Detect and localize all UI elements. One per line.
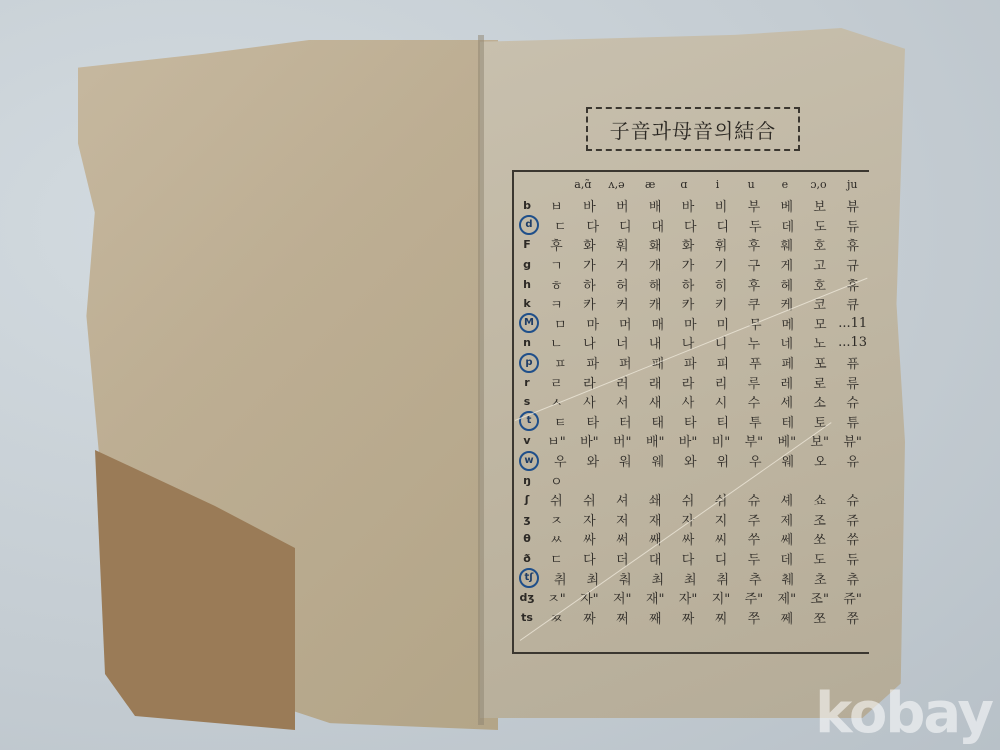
syllable-cell: 싸 (573, 529, 606, 548)
syllable-cell: 버 (606, 196, 639, 215)
syllable-cell: ...11 (837, 316, 870, 331)
syllable-cell: 제" (770, 588, 803, 607)
vowel-header: e (768, 178, 802, 191)
syllable-cell: ...13 (836, 335, 869, 350)
vowel-header: ɔ,o (802, 178, 836, 191)
syllable-cell: 바" (672, 431, 705, 450)
chart-row: w우와워웨와위우웨오유 (514, 451, 869, 471)
syllable-cell: 디 (705, 549, 738, 568)
syllable-cell: 추 (739, 569, 772, 588)
chart-row: tㅌ타터태타티투테토튜 (514, 412, 869, 432)
vowel-header: i (701, 178, 735, 191)
syllable-cell: 두 (737, 549, 770, 568)
consonant-label: ʒ (514, 513, 540, 526)
syllable-cell: 타 (674, 412, 707, 431)
syllable-cell: 기 (705, 255, 738, 274)
syllable-cell: 쉬 (573, 490, 606, 509)
syllable-cell: 츄 (837, 569, 870, 588)
syllable-cell: 류 (836, 373, 869, 392)
syllable-cell: ㅎ (540, 275, 573, 294)
syllable-cell: 쥬 (836, 510, 869, 529)
syllable-cell: 터 (609, 412, 642, 431)
syllable-cell: 히 (705, 275, 738, 294)
syllable-cell: 쮸 (836, 608, 869, 627)
consonant-label: ð (514, 552, 540, 565)
syllable-cell: 찌 (705, 608, 738, 627)
syllable-cell: 와 (577, 451, 610, 470)
consonant-label: g (514, 258, 540, 271)
syllable-cell: 화 (672, 235, 705, 254)
syllable-cell: 서 (606, 392, 639, 411)
syllable-cell: 커 (606, 294, 639, 313)
syllable-cell: 웨 (642, 451, 675, 470)
syllable-cell: 더 (606, 549, 639, 568)
syllable-cell: 디 (707, 216, 740, 235)
syllable-cell: 버" (606, 431, 639, 450)
syllable-cell: 캐 (639, 294, 672, 313)
syllable-cell: 최 (674, 569, 707, 588)
syllable-cell: 쉬 (672, 490, 705, 509)
syllable-cell: 타 (577, 412, 610, 431)
syllable-cell: 디 (609, 216, 642, 235)
syllable-cell: 화 (573, 235, 606, 254)
syllable-cell: 마 (577, 314, 610, 333)
syllable-cell: 뷰 (836, 196, 869, 215)
syllable-cell: 도 (803, 549, 836, 568)
chart-row: vㅂ"바"버"배"바"비"부"베"보"뷰" (514, 431, 869, 451)
syllable-cell: 구 (737, 255, 770, 274)
syllable-cell: 세 (770, 392, 803, 411)
syllable-cell: 슈 (737, 490, 770, 509)
syllable-cell: 파 (674, 353, 707, 372)
consonant-label: ts (514, 611, 540, 624)
syllable-cell: 위 (707, 451, 740, 470)
book-spine (478, 35, 484, 725)
syllable-cell: 너 (606, 333, 639, 352)
syllable-cell: 오 (804, 451, 837, 470)
syllable-cell: 쇼 (803, 490, 836, 509)
chart-row: ʃ쉬쉬셔쇄쉬쉬슈셰쇼슈 (514, 490, 869, 510)
syllable-cell: 파 (577, 353, 610, 372)
syllable-cell: 게 (770, 255, 803, 274)
syllable-cell: 쪼 (803, 608, 836, 627)
syllable-cell: 바 (672, 196, 705, 215)
chart-rows: bㅂ바버배바비부베보뷰dㄷ다디대다디두데도듀F후화훠홰화휘후훼호휴gㄱ가거개가기… (514, 196, 869, 627)
syllable-cell: 수 (737, 392, 770, 411)
syllable-cell: 거 (606, 255, 639, 274)
syllable-cell: 새 (639, 392, 672, 411)
chart-row: ŋㅇ (514, 470, 869, 490)
syllable-cell: 머 (609, 314, 642, 333)
syllable-cell: 노 (803, 333, 836, 352)
syllable-cell: 미 (707, 314, 740, 333)
syllable-cell: 배" (639, 431, 672, 450)
syllable-cell: 하 (672, 275, 705, 294)
syllable-cell: 소 (803, 392, 836, 411)
syllable-cell: 싸 (672, 529, 705, 548)
syllable-cell: ㄷ (544, 216, 577, 235)
chart-row: dㄷ다디대다디두데도듀 (514, 216, 869, 236)
syllable-cell: 휘 (705, 235, 738, 254)
syllable-cell: 후 (737, 275, 770, 294)
consonant-label: ʃ (514, 493, 540, 506)
syllable-cell: 네 (770, 333, 803, 352)
syllable-cell: 키 (705, 294, 738, 313)
syllable-cell: ㅉ (540, 608, 573, 627)
syllable-cell: 짜 (573, 608, 606, 627)
chart-row: dʒㅈ"자"저"재"자"지"주"제"조"쥬" (514, 588, 869, 608)
syllable-cell: 사 (672, 392, 705, 411)
syllable-cell: 슈 (836, 490, 869, 509)
syllable-cell: 페 (772, 353, 805, 372)
syllable-cell: 제 (770, 510, 803, 529)
syllable-cell: 허 (606, 275, 639, 294)
syllable-cell: 쓔 (836, 529, 869, 548)
syllable-cell: 보" (803, 431, 836, 450)
syllable-cell: 우 (544, 451, 577, 470)
consonant-label: n (514, 336, 540, 349)
syllable-cell: 리 (705, 373, 738, 392)
consonant-label: v (514, 434, 540, 447)
syllable-cell: 자" (672, 588, 705, 607)
syllable-cell: 와 (674, 451, 707, 470)
syllable-cell: 바 (573, 196, 606, 215)
syllable-cell: 티 (707, 412, 740, 431)
syllable-cell: 가 (672, 255, 705, 274)
syllable-cell: 개 (639, 255, 672, 274)
syllable-cell: 저" (606, 588, 639, 607)
syllable-cell: 최 (642, 569, 675, 588)
syllable-cell: 두 (739, 216, 772, 235)
syllable-cell: 테 (772, 412, 805, 431)
syllable-cell: 보 (803, 196, 836, 215)
syllable-cell: 로 (803, 373, 836, 392)
syllable-cell: 짜 (672, 608, 705, 627)
syllable-cell: 홰 (639, 235, 672, 254)
syllable-cell: ㅂ (540, 196, 573, 215)
syllable-cell: 써 (606, 529, 639, 548)
syllable-cell: 조" (803, 588, 836, 607)
consonant-label: b (514, 199, 540, 212)
syllable-cell: 큐 (836, 294, 869, 313)
syllable-cell: 저 (606, 510, 639, 529)
syllable-cell: ㅌ (544, 412, 577, 431)
syllable-cell: 셔 (606, 490, 639, 509)
syllable-cell: 대 (642, 216, 675, 235)
syllable-cell: 비 (705, 196, 738, 215)
syllable-cell: 나 (573, 333, 606, 352)
syllable-cell: 유 (837, 451, 870, 470)
syllable-cell: 휴 (836, 235, 869, 254)
syllable-cell: 누 (737, 333, 770, 352)
consonant-label: F (514, 238, 540, 251)
chart-row: θㅆ싸써쌔싸씨쑤쎄쏘쓔 (514, 529, 869, 549)
syllable-cell: 쉬 (540, 490, 573, 509)
syllable-cell: 부" (737, 431, 770, 450)
syllable-cell: 훼 (770, 235, 803, 254)
chart-row: sㅅ사서새사시수세소슈 (514, 392, 869, 412)
vowel-header: u (734, 178, 768, 191)
syllable-cell: 태 (642, 412, 675, 431)
syllable-cell: 다 (573, 549, 606, 568)
syllable-cell: 퍼 (609, 353, 642, 372)
syllable-cell: 데 (770, 549, 803, 568)
syllable-cell: ㄷ (540, 549, 573, 568)
syllable-cell: ㄹ (540, 373, 573, 392)
vowel-header: ɑ (667, 178, 701, 191)
syllable-cell: 쭈 (737, 608, 770, 627)
syllable-cell: 해 (639, 275, 672, 294)
syllable-cell: 투 (739, 412, 772, 431)
syllable-cell: 마 (674, 314, 707, 333)
chart-row: tsㅉ짜쩌째짜찌쭈쩨쪼쮸 (514, 607, 869, 627)
vowel-header: a,ɑ̃ (566, 178, 600, 191)
syllable-cell: 지" (705, 588, 738, 607)
syllable-cell: 쑤 (737, 529, 770, 548)
syllable-cell: 주" (737, 588, 770, 607)
syllable-cell: 데 (772, 216, 805, 235)
syllable-cell: 쿠 (737, 294, 770, 313)
watermark-logo: kobay (815, 681, 992, 746)
page-title: 子音과母音의結合 (586, 107, 800, 151)
syllable-cell: 모 (804, 314, 837, 333)
chart-row: kㅋ카커캐카키쿠케코큐 (514, 294, 869, 314)
chart-row: gㄱ가거개가기구게고규 (514, 255, 869, 275)
syllable-cell: 자 (573, 510, 606, 529)
syllable-cell: ㅇ (540, 471, 573, 490)
syllable-cell: 시 (705, 392, 738, 411)
syllable-cell: ㄱ (540, 255, 573, 274)
consonant-label: θ (514, 532, 540, 545)
consonant-label: M (519, 313, 539, 333)
consonant-label: tʃ (519, 568, 539, 588)
syllable-cell: 쩌 (606, 608, 639, 627)
chart-row: bㅂ바버배바비부베보뷰 (514, 196, 869, 216)
syllable-cell: 루 (737, 373, 770, 392)
syllable-cell: 가 (573, 255, 606, 274)
consonant-label: r (514, 376, 540, 389)
syllable-cell: 고 (803, 255, 836, 274)
syllable-cell: 쇄 (639, 490, 672, 509)
chart-row: pㅍ파퍼패파피푸페포퓨 (514, 353, 869, 373)
syllable-cell: 래 (639, 373, 672, 392)
syllable-cell: 최 (577, 569, 610, 588)
syllable-cell: 바" (573, 431, 606, 450)
syllable-cell: 비" (705, 431, 738, 450)
syllable-cell: 초 (804, 569, 837, 588)
syllable-cell: 씨 (705, 529, 738, 548)
syllable-cell: 도 (804, 216, 837, 235)
chart-row: Mㅁ마머매마미무메모...11 (514, 314, 869, 334)
syllable-cell: ㅂ" (540, 431, 573, 450)
consonant-label: h (514, 278, 540, 291)
syllable-cell: 췌 (772, 569, 805, 588)
vowel-header: ʌ,ə (600, 178, 634, 191)
vowel-header: ju (835, 178, 869, 191)
syllable-cell: ㅆ (540, 529, 573, 548)
consonant-label: k (514, 297, 540, 310)
syllable-cell: 쏘 (803, 529, 836, 548)
consonant-label: d (519, 215, 539, 235)
syllable-cell: 듀 (836, 549, 869, 568)
syllable-cell: 셰 (770, 490, 803, 509)
syllable-cell: 듀 (837, 216, 870, 235)
syllable-cell: 베" (770, 431, 803, 450)
syllable-cell: 부 (737, 196, 770, 215)
syllable-cell: 조 (803, 510, 836, 529)
syllable-cell: ㅁ (544, 314, 577, 333)
syllable-cell: 하 (573, 275, 606, 294)
chart-row: rㄹ라러래라리루레로류 (514, 372, 869, 392)
syllable-cell: 포 (804, 353, 837, 372)
syllable-cell: 카 (672, 294, 705, 313)
syllable-cell: 다 (672, 549, 705, 568)
syllable-cell: 카 (573, 294, 606, 313)
syllable-cell: 튜 (837, 412, 870, 431)
syllable-cell: 푸 (739, 353, 772, 372)
consonant-label: s (514, 395, 540, 408)
syllable-cell: 호 (803, 235, 836, 254)
syllable-cell: 규 (836, 255, 869, 274)
syllable-cell: 재 (639, 510, 672, 529)
vowel-header: æ (633, 178, 667, 191)
chart-row: hㅎ하허해하히후헤호휴 (514, 274, 869, 294)
syllable-cell: 워 (609, 451, 642, 470)
syllable-cell: 취 (707, 569, 740, 588)
syllable-cell: 취 (544, 569, 577, 588)
syllable-cell: 다 (674, 216, 707, 235)
syllable-cell: ㅋ (540, 294, 573, 313)
syllable-cell: 째 (639, 608, 672, 627)
syllable-cell: 뷰" (836, 431, 869, 450)
syllable-cell: 레 (770, 373, 803, 392)
chart-row: tʃ취최춰최최취추췌초츄 (514, 568, 869, 588)
syllable-cell: 주 (737, 510, 770, 529)
syllable-cell: 후 (540, 235, 573, 254)
syllable-cell: 베 (770, 196, 803, 215)
syllable-cell: 피 (707, 353, 740, 372)
syllable-cell: 춰 (609, 569, 642, 588)
consonant-label: w (519, 451, 539, 471)
syllable-cell: 훠 (606, 235, 639, 254)
vowel-header-row: a,ɑ̃ʌ,əæɑiueɔ,oju (514, 178, 869, 191)
syllable-cell: 배 (639, 196, 672, 215)
syllable-cell: 퓨 (837, 353, 870, 372)
chart-row: ðㄷ다더대다디두데도듀 (514, 549, 869, 569)
consonant-label: ŋ (514, 474, 540, 487)
syllable-cell: 메 (772, 314, 805, 333)
syllable-cell: 헤 (770, 275, 803, 294)
syllable-cell: 후 (737, 235, 770, 254)
consonant-label: dʒ (514, 591, 540, 604)
syllable-cell: ㄴ (540, 333, 573, 352)
consonant-vowel-chart: a,ɑ̃ʌ,əæɑiueɔ,oju bㅂ바버배바비부베보뷰dㄷ다디대다디두데도듀… (512, 170, 869, 654)
chart-row: nㄴ나너내나니누네노...13 (514, 333, 869, 353)
consonant-label: p (519, 353, 539, 373)
syllable-cell: 쎄 (770, 529, 803, 548)
syllable-cell: ㅍ (544, 353, 577, 372)
syllable-cell: ㅈ (540, 510, 573, 529)
syllable-cell: 다 (577, 216, 610, 235)
syllable-cell: ㅈ" (540, 588, 573, 607)
chart-row: F후화훠홰화휘후훼호휴 (514, 235, 869, 255)
syllable-cell: 쩨 (770, 608, 803, 627)
syllable-cell: 슈 (836, 392, 869, 411)
syllable-cell: 내 (639, 333, 672, 352)
syllable-cell: 매 (642, 314, 675, 333)
syllable-cell: 지 (705, 510, 738, 529)
syllable-cell: 재" (639, 588, 672, 607)
syllable-cell: 라 (672, 373, 705, 392)
syllable-cell: 쥬" (836, 588, 869, 607)
